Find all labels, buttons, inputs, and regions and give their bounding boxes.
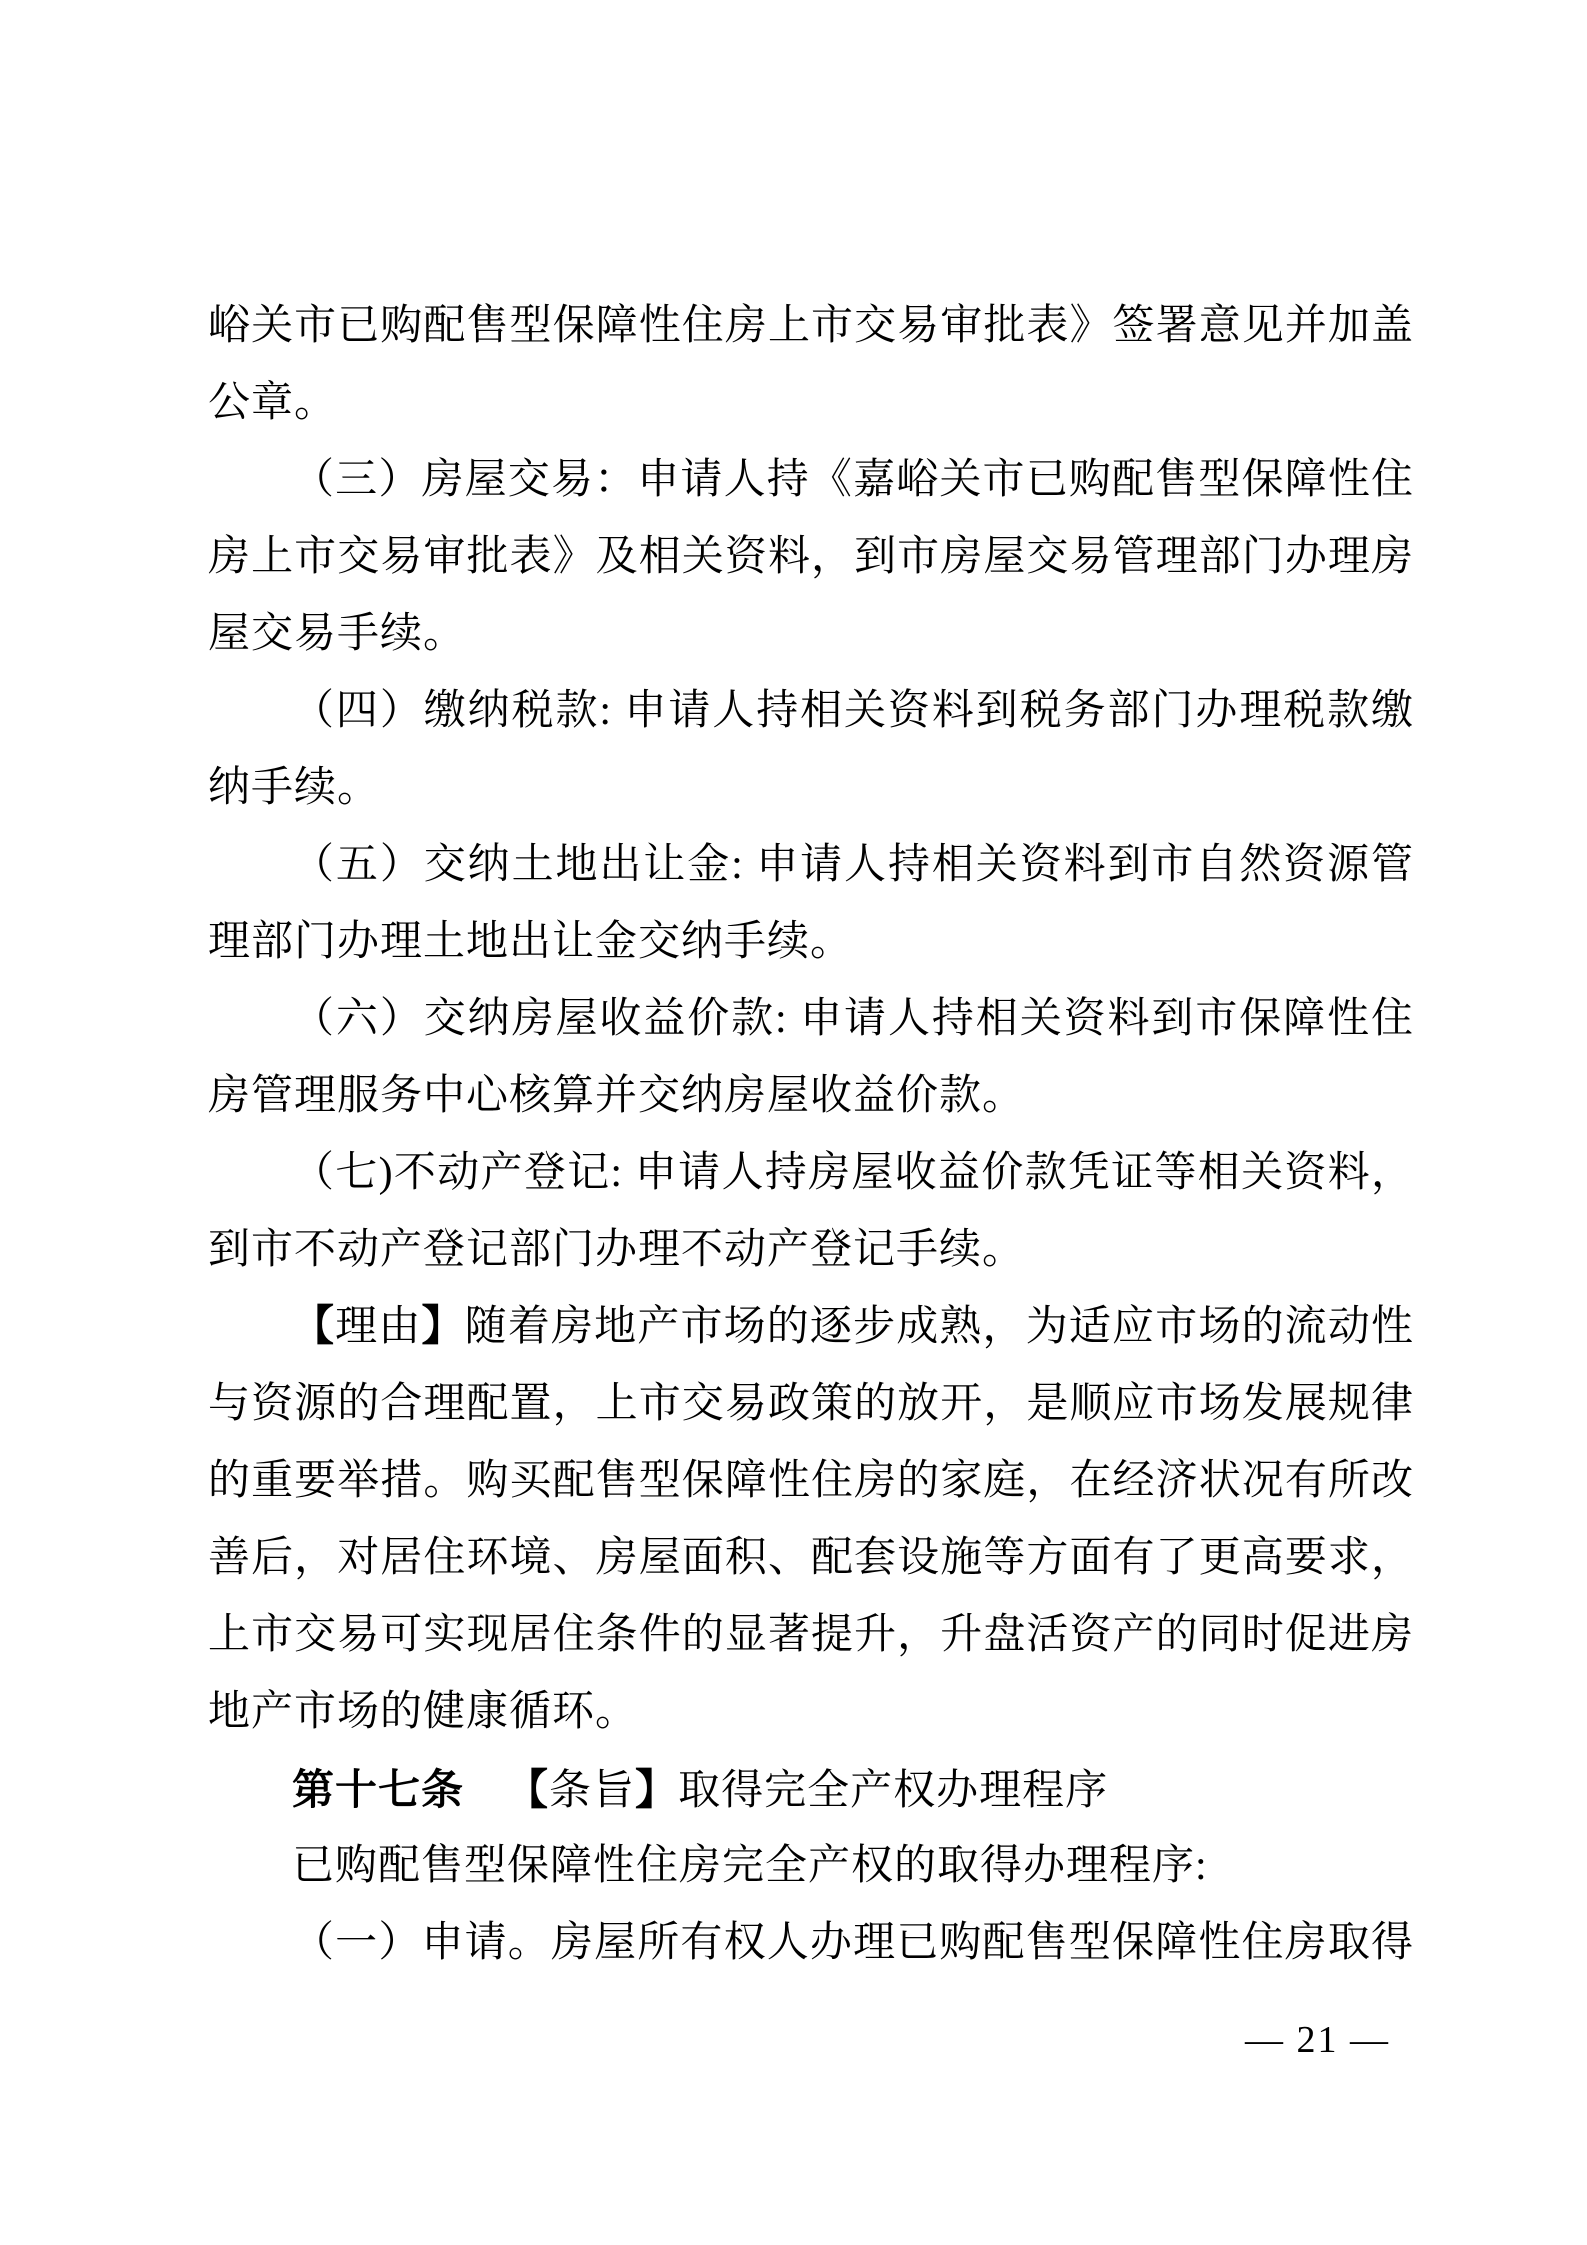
text-segment: 与资源的合理配置，上市交易政策的放开，是顺应市场发展规律 <box>208 1381 1414 1427</box>
text-segment: 已购配售型保障性住房完全产权的取得办理程序: <box>292 1843 1208 1889</box>
text-line: 到市不动产登记部门办理不动产登记手续。 <box>208 1212 1414 1289</box>
text-segment: 纳手续。 <box>208 765 380 811</box>
page-number: — 21 — <box>1245 2018 1390 2062</box>
text-segment: 】 <box>635 1768 678 1814</box>
text-line: 理部门办理土地出让金交纳手续。 <box>208 904 1414 981</box>
text-line: （四）缴纳税款: 申请人持相关资料到税务部门办理税款缴 <box>208 673 1414 750</box>
text-segment: 善后，对居住环境、房屋面积、配套设施等方面有了更高要求， <box>208 1535 1414 1581</box>
text-line: （三）房屋交易：申请人持《嘉峪关市已购配售型保障性住 <box>208 442 1414 519</box>
text-segment: （六）交纳房屋收益价款: 申请人持相关资料到市保障性住 <box>292 996 1414 1042</box>
text-segment: 地产市场的健康循环。 <box>208 1689 638 1735</box>
article-number-text: 第十七条 <box>292 1766 464 1813</box>
text-segment: 理由 <box>335 1304 421 1350</box>
text-segment: 的重要举措。购买配售型保障性住房的家庭，在经济状况有所改 <box>208 1458 1414 1504</box>
text-line: 公章。 <box>208 365 1414 442</box>
text-segment: 上市交易可实现居住条件的显著提升，升盘活资产的同时促进房 <box>208 1612 1414 1658</box>
text-segment: （一）申请。房屋所有权人办理已购配售型保障性住房取得 <box>292 1920 1414 1966</box>
text-line: 已购配售型保障性住房完全产权的取得办理程序: <box>208 1828 1414 1905</box>
text-line: 的重要举措。购买配售型保障性住房的家庭，在经济状况有所改 <box>208 1443 1414 1520</box>
document-page: 峪关市已购配售型保障性住房上市交易审批表》签署意见并加盖公章。（三）房屋交易：申… <box>0 0 1587 2245</box>
text-line: （六）交纳房屋收益价款: 申请人持相关资料到市保障性住 <box>208 981 1414 1058</box>
text-line: （七)不动产登记: 申请人持房屋收益价款凭证等相关资料， <box>208 1135 1414 1212</box>
text-segment: 屋交易手续。 <box>208 611 466 657</box>
document-body: 峪关市已购配售型保障性住房上市交易审批表》签署意见并加盖公章。（三）房屋交易：申… <box>208 288 1414 1982</box>
text-line: 【理由】随着房地产市场的逐步成熟，为适应市场的流动性 <box>208 1289 1414 1366</box>
text-line: 房管理服务中心核算并交纳房屋收益价款。 <box>208 1058 1414 1135</box>
text-segment: （三）房屋交易：申请人持《嘉峪关市已购配售型保障性住 <box>292 457 1414 503</box>
text-segment: 到市不动产登记部门办理不动产登记手续。 <box>208 1227 1025 1273</box>
text-segment: 公章。 <box>208 380 337 426</box>
text-line: 房上市交易审批表》及相关资料，到市房屋交易管理部门办理房 <box>208 519 1414 596</box>
text-segment: 房管理服务中心核算并交纳房屋收益价款。 <box>208 1073 1025 1119</box>
text-segment: （五）交纳土地出让金: 申请人持相关资料到市自然资源管 <box>292 842 1414 888</box>
text-line: 第十七条【条旨】取得完全产权办理程序 <box>208 1751 1414 1828</box>
text-line: （五）交纳土地出让金: 申请人持相关资料到市自然资源管 <box>208 827 1414 904</box>
text-segment: （七)不动产登记: 申请人持房屋收益价款凭证等相关资料， <box>292 1150 1414 1196</box>
text-line: 上市交易可实现居住条件的显著提升，升盘活资产的同时促进房 <box>208 1597 1414 1674</box>
text-segment: 房上市交易审批表》及相关资料，到市房屋交易管理部门办理房 <box>208 534 1414 580</box>
text-line: 屋交易手续。 <box>208 596 1414 673</box>
text-line: 峪关市已购配售型保障性住房上市交易审批表》签署意见并加盖 <box>208 288 1414 365</box>
text-line: 纳手续。 <box>208 750 1414 827</box>
text-line: 善后，对居住环境、房屋面积、配套设施等方面有了更高要求， <box>208 1520 1414 1597</box>
text-line: 与资源的合理配置，上市交易政策的放开，是顺应市场发展规律 <box>208 1366 1414 1443</box>
text-segment: 】 <box>422 1304 465 1350</box>
text-segment: 随着房地产市场的逐步成熟，为适应市场的流动性 <box>465 1304 1414 1350</box>
text-line: 地产市场的健康循环。 <box>208 1674 1414 1751</box>
text-segment: 条旨 <box>549 1768 635 1814</box>
text-segment: 取得完全产权办理程序 <box>678 1768 1108 1814</box>
text-segment: （四）缴纳税款: 申请人持相关资料到税务部门办理税款缴 <box>292 688 1414 734</box>
text-segment: 【 <box>292 1304 335 1350</box>
text-segment: 峪关市已购配售型保障性住房上市交易审批表》签署意见并加盖 <box>208 303 1414 349</box>
text-line: （一）申请。房屋所有权人办理已购配售型保障性住房取得 <box>208 1905 1414 1982</box>
text-segment: 【 <box>506 1768 549 1814</box>
text-segment: 理部门办理土地出让金交纳手续。 <box>208 919 853 965</box>
